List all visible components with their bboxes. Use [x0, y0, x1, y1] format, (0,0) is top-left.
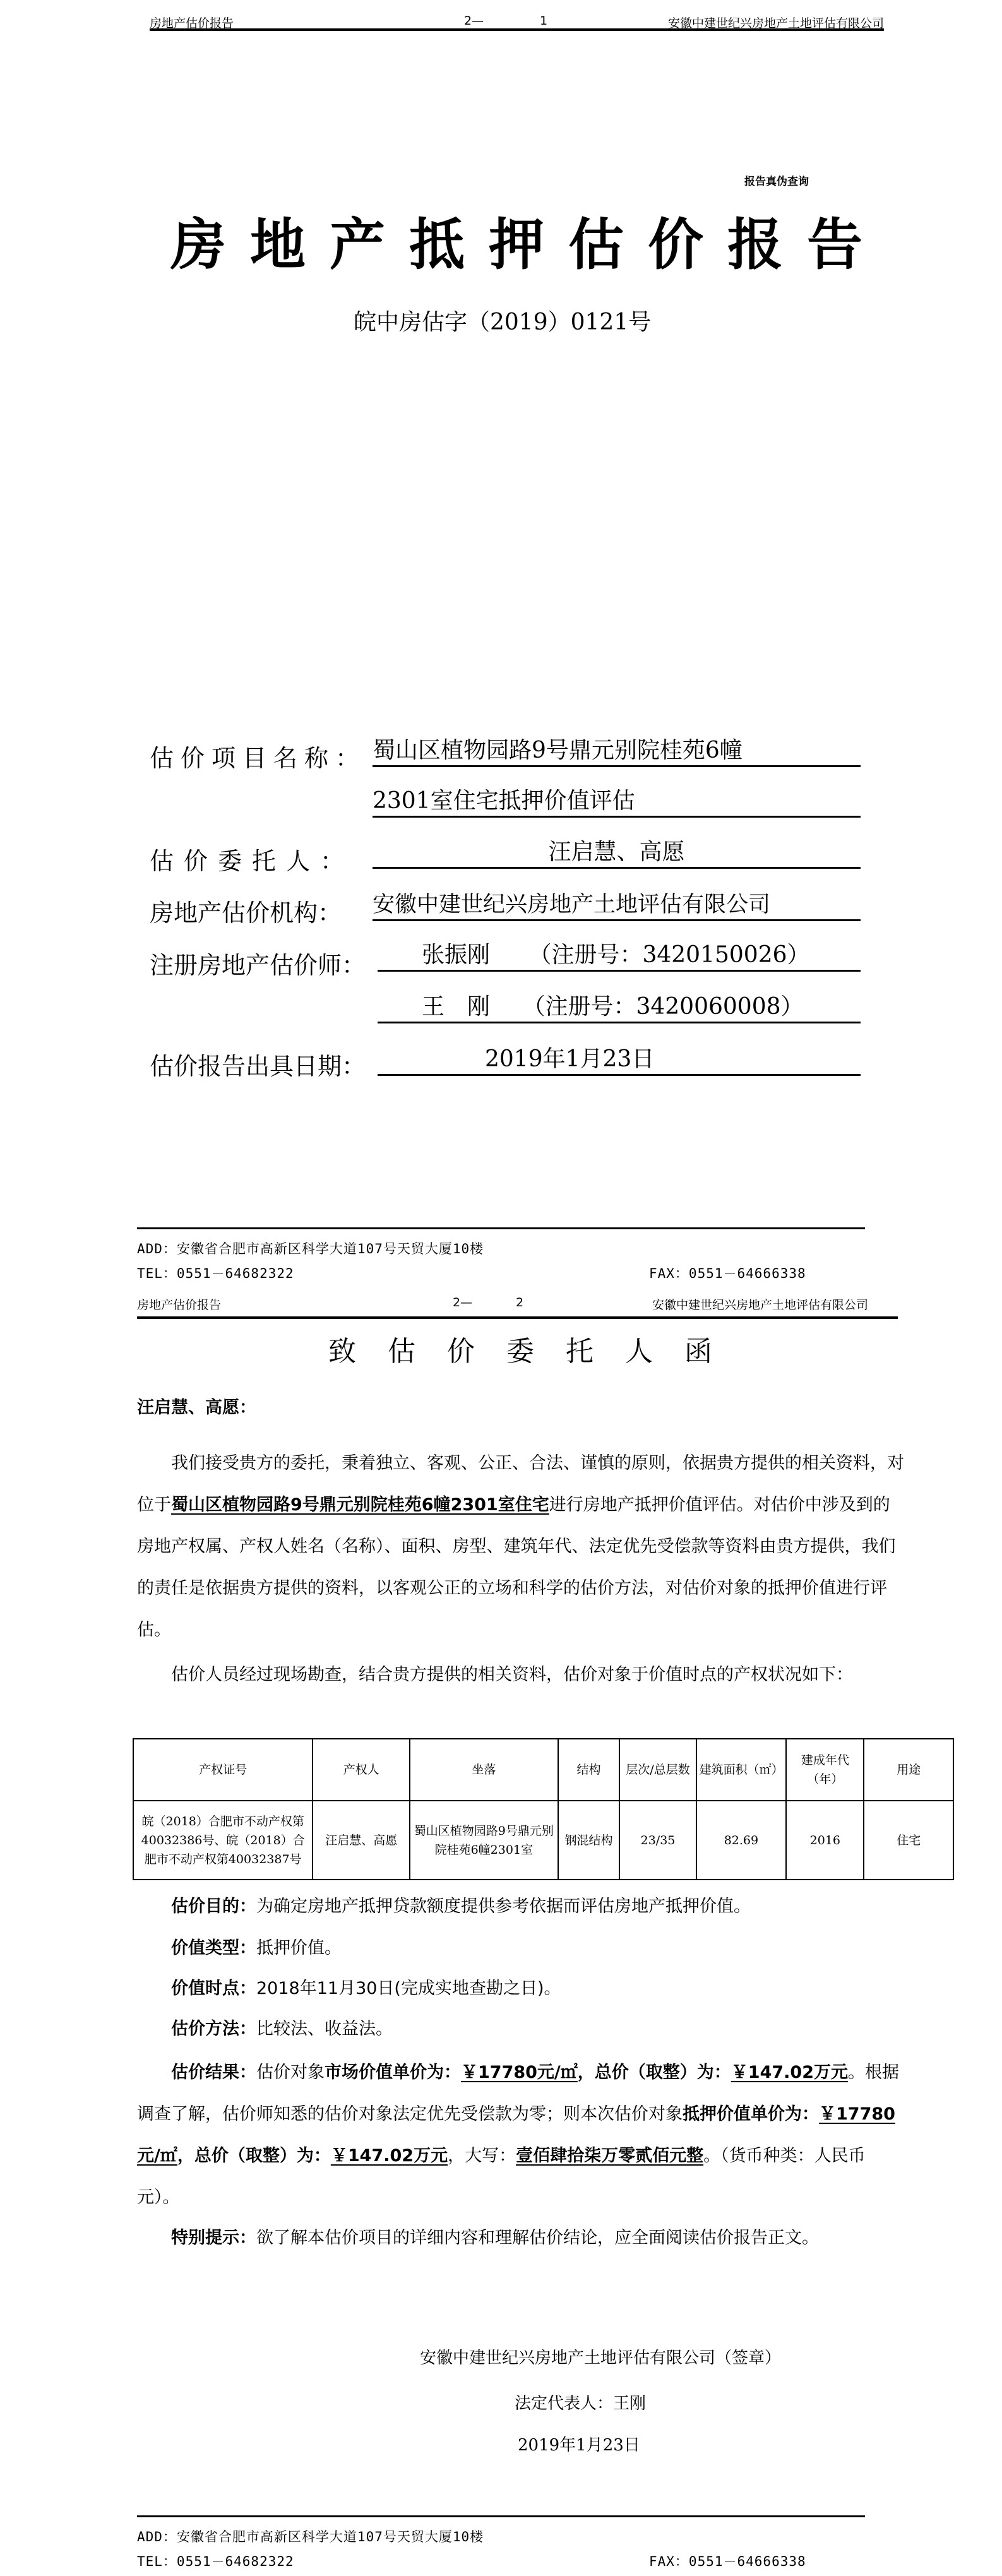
- field-label-appraisers: 注册房地产估价师：: [150, 946, 366, 981]
- letter-title: 致估价委托人函: [328, 1328, 744, 1369]
- value-type-value: 抵押价值。: [256, 1938, 342, 1958]
- td-structure: 钢混结构: [558, 1801, 620, 1880]
- market-unit-price: ￥17780元/㎡: [461, 2063, 578, 2082]
- header-page-prefix: 2—: [464, 14, 484, 28]
- header-page-number: 2: [516, 1296, 523, 1309]
- td-location: 蜀山区植物园路9号鼎元别院桂苑6幢2301室: [410, 1801, 558, 1880]
- th-cert-no: 产权证号: [133, 1739, 313, 1801]
- survey-paragraph: 估价人员经过现场勘查，结合贵方提供的相关资料，估价对象于价值时点的产权状况如下：: [137, 1654, 904, 1696]
- method-label: 估价方法：: [171, 2019, 256, 2039]
- appraiser-1-name: 张振刚: [422, 942, 490, 968]
- result-text: ，大写：: [448, 2146, 516, 2166]
- notice-paragraph: 特别提示：欲了解本估价项目的详细内容和理解估价结论，应全面阅读估价报告正文。: [137, 2217, 904, 2259]
- purpose-label: 估价目的：: [171, 1897, 256, 1916]
- footer-rule: [137, 1227, 865, 1229]
- cover-title: 房地产抵押估价报告: [170, 201, 852, 280]
- method-value: 比较法、收益法。: [256, 2019, 393, 2039]
- th-floor: 层次/总层数: [619, 1739, 696, 1801]
- field-value-client: 汪启慧、高愿: [373, 838, 861, 869]
- value-date-label: 价值时点：: [171, 1979, 256, 1998]
- field-value-agency: 安徽中建世纪兴房地产土地评估有限公司: [373, 890, 861, 921]
- intro-paragraph: 我们接受贵方的委托，秉着独立、客观、公正、合法、谨慎的原则，依据贵方提供的相关资…: [137, 1443, 904, 1651]
- table-header-row: 产权证号 产权人 坐落 结构 层次/总层数 建筑面积（㎡） 建成年代（年） 用途: [133, 1739, 953, 1801]
- appraiser-2-name: 王 刚: [422, 994, 490, 1020]
- footer-address: ADD：安徽省合肥市高新区科学大道107号天贸大厦10楼: [137, 2527, 484, 2546]
- th-area: 建筑面积（㎡）: [696, 1739, 787, 1801]
- appraiser-1: 张振刚 （注册号：3420150026）: [378, 941, 861, 972]
- field-label-project: 估价项目名称：: [150, 739, 366, 773]
- issue-date-text: 2019年1月23日: [485, 1046, 654, 1072]
- footer-tel: TEL：0551－64682322: [137, 2551, 294, 2570]
- td-year: 2016: [786, 1801, 864, 1880]
- footer-tel: TEL：0551－64682322: [137, 1263, 294, 1282]
- result-label: 估价结果：: [171, 2063, 256, 2082]
- notice-text: 欲了解本估价项目的详细内容和理解估价结论，应全面阅读估价报告正文。: [256, 2228, 819, 2248]
- th-location: 坐落: [410, 1739, 558, 1801]
- appraiser-1-reg: （注册号：3420150026）: [528, 942, 809, 968]
- footer-fax: FAX：0551－64666338: [649, 2551, 806, 2570]
- result-paragraph: 估价结果：估价对象市场价值单价为：￥17780元/㎡，总价（取整）为：￥147.…: [137, 2052, 904, 2219]
- method-line: 估价方法：比较法、收益法。: [137, 2017, 904, 2042]
- purpose-value: 为确定房地产抵押贷款额度提供参考依据而评估房地产抵押价值。: [256, 1897, 751, 1916]
- signature-company: 安徽中建世纪兴房地产土地评估有限公司（签章）: [420, 2345, 781, 2368]
- field-value-issue-date: 2019年1月23日: [378, 1045, 861, 1076]
- td-floor: 23/35: [619, 1801, 696, 1880]
- result-text: ，总价（取整）为：: [578, 2063, 731, 2082]
- value-date-value: 2018年11月30日(完成实地查勘之日)。: [256, 1979, 561, 1998]
- header-page-prefix: 2—: [453, 1296, 472, 1309]
- value-date-line: 价值时点：2018年11月30日(完成实地查勘之日)。: [137, 1976, 904, 2001]
- td-owner: 汪启慧、高愿: [313, 1801, 410, 1880]
- result-text: 抵押价值单价为：: [683, 2104, 819, 2124]
- appraiser-2: 王 刚 （注册号：3420060008）: [378, 993, 861, 1023]
- th-structure: 结构: [558, 1739, 620, 1801]
- field-label-issue-date: 估价报告出具日期：: [150, 1047, 366, 1082]
- result-text: 估价对象: [256, 2063, 325, 2082]
- footer-rule: [137, 2515, 865, 2517]
- field-label-client: 估价委托人：: [150, 842, 354, 876]
- header-page-number: 1: [540, 14, 547, 28]
- result-text: 市场价值单价为：: [325, 2063, 461, 2082]
- header-company: 安徽中建世纪兴房地产土地评估有限公司: [652, 1296, 868, 1313]
- appraiser-2-reg: （注册号：3420060008）: [522, 994, 803, 1020]
- td-usage: 住宅: [864, 1801, 953, 1880]
- signature-date: 2019年1月23日: [518, 2432, 640, 2455]
- field-label-agency: 房地产估价机构：: [150, 893, 342, 928]
- signature-legal-rep: 法定代表人：王刚: [515, 2390, 646, 2414]
- result-text: ，总价（取整）为：: [177, 2146, 331, 2166]
- footer-address: ADD：安徽省合肥市高新区科学大道107号天贸大厦10楼: [137, 1239, 484, 1258]
- notice-label: 特别提示：: [171, 2228, 256, 2248]
- table-row: 皖（2018）合肥市不动产权第40032386号、皖（2018）合肥市不动产权第…: [133, 1801, 953, 1880]
- header-rule: [150, 28, 884, 31]
- report-number: 皖中房估字（2019）0121号: [354, 304, 651, 337]
- footer-fax: FAX：0551－64666338: [649, 1263, 806, 1282]
- header-report-type: 房地产估价报告: [137, 1296, 221, 1313]
- purpose-line: 估价目的：为确定房地产抵押贷款额度提供参考依据而评估房地产抵押价值。: [137, 1894, 904, 1919]
- th-year: 建成年代（年）: [786, 1739, 864, 1801]
- mortgage-total: ￥147.02万元: [331, 2146, 448, 2166]
- mortgage-total-words: 壹佰肆拾柒万零贰佰元整: [516, 2146, 703, 2166]
- field-value-project-line2: 2301室住宅抵押价值评估: [373, 787, 861, 818]
- td-area: 82.69: [696, 1801, 787, 1880]
- field-value-project-line1: 蜀山区植物园路9号鼎元别院桂苑6幢: [373, 736, 861, 767]
- property-table: 产权证号 产权人 坐落 结构 层次/总层数 建筑面积（㎡） 建成年代（年） 用途…: [133, 1738, 954, 1880]
- salutation: 汪启慧、高愿：: [137, 1395, 904, 1421]
- th-usage: 用途: [864, 1739, 953, 1801]
- value-type-line: 价值类型：抵押价值。: [137, 1936, 904, 1961]
- value-type-label: 价值类型：: [171, 1938, 256, 1958]
- header-rule: [137, 1316, 898, 1319]
- intro-property: 蜀山区植物园路9号鼎元别院桂苑6幢2301室住宅: [171, 1495, 549, 1515]
- td-cert-no: 皖（2018）合肥市不动产权第40032386号、皖（2018）合肥市不动产权第…: [133, 1801, 313, 1880]
- th-owner: 产权人: [313, 1739, 410, 1801]
- verify-authenticity-link[interactable]: 报告真伪查询: [744, 172, 809, 188]
- market-total: ￥147.02万元: [731, 2063, 848, 2082]
- intro-text-2: 进行房地产抵押价值评估。对估价中涉及到的房地产权属、产权人姓名（名称）、面积、房…: [137, 1495, 896, 1640]
- running-header-page-2: 房地产估价报告 2— 2 安徽中建世纪兴房地产土地评估有限公司: [137, 1296, 884, 1315]
